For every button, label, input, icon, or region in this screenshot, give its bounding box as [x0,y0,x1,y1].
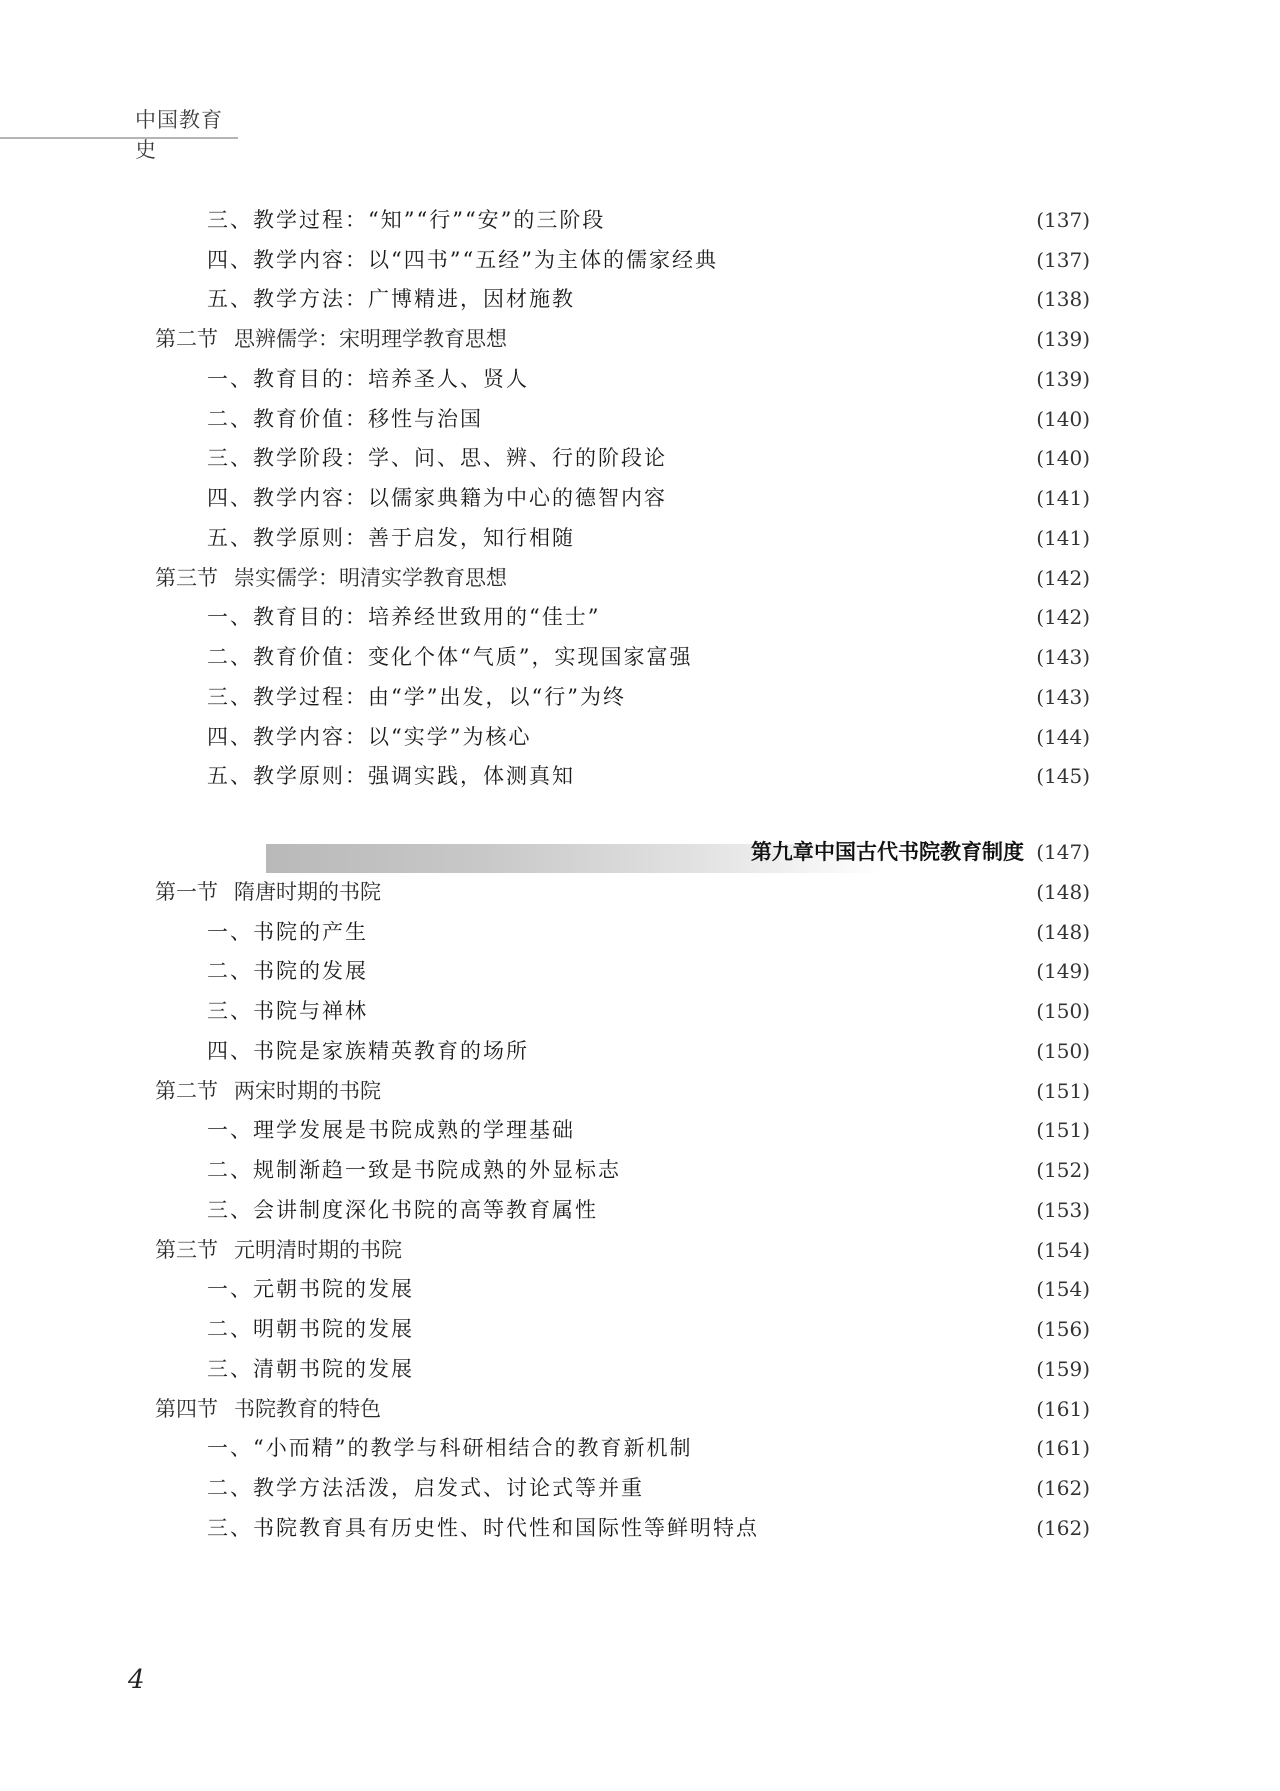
dot-leader [761,1514,1026,1542]
item-number: 五、 [207,762,253,790]
section-title: 思辨儒学：宋明理学教育思想 [234,325,507,353]
item-number: 二、 [207,643,253,671]
item-number: 三、 [207,1196,253,1224]
toc-item[interactable]: 五、教学方法：广博精进，因材施教(138) [0,280,1280,320]
page-ref: (150) [1032,997,1090,1025]
page-ref: (154) [1032,1236,1090,1264]
page-ref: (154) [1032,1275,1090,1303]
page-ref: (148) [1032,918,1090,946]
dot-leader [669,444,1026,472]
item-number: 四、 [207,246,253,274]
toc-section[interactable]: 第二节思辨儒学：宋明理学教育思想(139) [0,319,1280,359]
item-number: 三、 [207,1514,253,1542]
item-number: 三、 [207,444,253,472]
page-ref: (143) [1032,683,1090,711]
page-ref: (141) [1032,524,1090,552]
item-number: 二、 [207,957,253,985]
item-title: 教学原则：善于启发，知行相随 [253,524,575,552]
page-ref: (149) [1032,957,1090,985]
item-title: 教学原则：强调实践，体测真知 [253,762,575,790]
toc-section[interactable]: 第三节元明清时期的书院(154) [0,1230,1280,1270]
dot-leader [600,1196,1026,1224]
section-number: 第二节 [155,1077,230,1105]
running-header: 中国教育史 [0,100,238,139]
page-ref: (141) [1032,484,1090,512]
page-ref: (161) [1032,1434,1090,1462]
item-number: 五、 [207,285,253,313]
toc-item[interactable]: 三、教学阶段：学、问、思、辨、行的阶段论(140) [0,439,1280,479]
item-number: 三、 [207,1355,253,1383]
page-ref: (142) [1032,564,1090,592]
page-ref: (161) [1032,1395,1090,1423]
dot-leader [416,1355,1026,1383]
dot-leader [646,1474,1026,1502]
page-ref: (142) [1032,603,1090,631]
item-number: 三、 [207,206,253,234]
item-number: 四、 [207,484,253,512]
toc-item[interactable]: 四、书院是家族精英教育的场所(150) [0,1031,1280,1071]
item-title: 教育价值：变化个体“气质”，实现国家富强 [253,643,692,671]
dot-leader [694,643,1026,671]
toc-item[interactable]: 三、书院教育具有历史性、时代性和国际性等鲜明特点(162) [0,1508,1280,1548]
section-number: 第四节 [155,1395,230,1423]
item-title: “小而精”的教学与科研相结合的教育新机制 [253,1434,692,1462]
dot-leader [370,957,1026,985]
toc-item[interactable]: 三、会讲制度深化书院的高等教育属性(153) [0,1190,1280,1230]
toc-item[interactable]: 四、教学内容：以“四书”“五经”为主体的儒家经典 (137) [0,240,1280,280]
chapter-gap [0,796,1280,832]
item-number: 二、 [207,1156,253,1184]
page-ref: (137) [1032,206,1090,234]
item-number: 四、 [207,723,253,751]
item-number: 二、 [207,1474,253,1502]
item-number: 一、 [207,365,253,393]
section-number: 第一节 [155,878,230,906]
dot-leader [383,878,1026,906]
item-title: 教学方法活泼，启发式、讨论式等并重 [253,1474,644,1502]
dot-leader [509,325,1026,353]
dot-leader [485,405,1026,433]
item-title: 教育目的：培养经世致用的“佳士” [253,603,600,631]
page-ref: (145) [1032,762,1090,790]
section-title: 元明清时期的书院 [234,1236,402,1264]
dot-leader [577,762,1026,790]
item-title: 元朝书院的发展 [253,1275,414,1303]
page-ref: (140) [1032,405,1090,433]
chapter-page-ref: (147) [1032,838,1090,866]
item-number: 五、 [207,524,253,552]
page-ref: (159) [1032,1355,1090,1383]
page-ref: (140) [1032,444,1090,472]
toc-item[interactable]: 一、“小而精”的教学与科研相结合的教育新机制 (161) [0,1429,1280,1469]
page-ref: (150) [1032,1037,1090,1065]
item-title: 教学内容：以“实学”为核心 [253,723,531,751]
item-number: 一、 [207,918,253,946]
section-title: 两宋时期的书院 [234,1077,381,1105]
toc-section[interactable]: 第三节崇实儒学：明清实学教育思想(142) [0,558,1280,598]
running-header-title: 中国教育史 [135,104,238,164]
toc-section[interactable]: 第四节书院教育的特色(161) [0,1389,1280,1429]
toc-item[interactable]: 四、教学内容：以“实学”为核心(144) [0,717,1280,757]
page-ref: (156) [1032,1315,1090,1343]
dot-leader [509,564,1026,592]
chapter-title: 中国古代书院教育制度 [814,838,1024,866]
dot-leader [416,1275,1026,1303]
item-number: 一、 [207,1434,253,1462]
dot-leader [669,484,1026,512]
dot-leader [404,1236,1026,1264]
page-ref: (138) [1032,285,1090,313]
item-title: 教育目的：培养圣人、贤人 [253,365,529,393]
item-title: 教学过程：“知”“行”“安”的三阶段 [253,206,605,234]
section-number: 第三节 [155,564,230,592]
dot-leader [383,1077,1026,1105]
dot-leader [720,246,1026,274]
dot-leader [531,365,1026,393]
chapter-number: 第九章 [751,838,814,866]
toc-item[interactable]: 三、书院与禅林(150) [0,991,1280,1031]
toc-item[interactable]: 二、教育价值：移性与治国(140) [0,399,1280,439]
dot-leader [531,1037,1026,1065]
toc-item[interactable]: 一、教育目的：培养经世致用的“佳士”(142) [0,598,1280,638]
toc-item[interactable]: 四、教学内容：以儒家典籍为中心的德智内容(141) [0,478,1280,518]
toc-item[interactable]: 一、书院的产生(148) [0,912,1280,952]
item-number: 二、 [207,1315,253,1343]
page-ref: (153) [1032,1196,1090,1224]
toc-item[interactable]: 二、明朝书院的发展(156) [0,1309,1280,1349]
dot-leader [602,603,1026,631]
toc-block-chapter-9: 第一节隋唐时期的书院(148)一、书院的产生(148)二、书院的发展(149)三… [0,872,1280,1548]
toc-item[interactable]: 二、规制渐趋一致是书院成熟的外显标志(152) [0,1150,1280,1190]
page-ref: (139) [1032,325,1090,353]
dot-leader [383,1395,1026,1423]
toc-item[interactable]: 二、教学方法活泼，启发式、讨论式等并重(162) [0,1468,1280,1508]
item-title: 会讲制度深化书院的高等教育属性 [253,1196,598,1224]
folio-page-number: 4 [128,1665,145,1695]
toc-item[interactable]: 三、教学过程：由“学”出发，以“行”为终(143) [0,677,1280,717]
dot-leader [533,723,1026,751]
toc-block-chapter-8-continued: 三、教学过程：“知”“行”“安”的三阶段 (137)四、教学内容：以“四书”“五… [0,200,1280,796]
dot-leader [370,918,1026,946]
toc-item[interactable]: 二、书院的发展(149) [0,952,1280,992]
toc-item[interactable]: 五、教学原则：善于启发，知行相随(141) [0,518,1280,558]
page-ref: (152) [1032,1156,1090,1184]
item-title: 教学阶段：学、问、思、辨、行的阶段论 [253,444,667,472]
toc-item[interactable]: 二、教育价值：变化个体“气质”，实现国家富强 (143) [0,637,1280,677]
dot-leader [577,285,1026,313]
item-number: 三、 [207,997,253,1025]
page-ref: (162) [1032,1514,1090,1542]
section-number: 第二节 [155,325,230,353]
dot-leader [577,524,1026,552]
section-title: 崇实儒学：明清实学教育思想 [234,564,507,592]
dot-leader [623,1156,1026,1184]
item-title: 书院的产生 [253,918,368,946]
item-number: 三、 [207,683,253,711]
item-title: 理学发展是书院成熟的学理基础 [253,1116,575,1144]
item-title: 书院的发展 [253,957,368,985]
page-ref: (144) [1032,723,1090,751]
item-title: 教学方法：广博精进，因材施教 [253,285,575,313]
item-number: 二、 [207,405,253,433]
toc-item[interactable]: 五、教学原则：强调实践，体测真知(145) [0,757,1280,797]
dot-leader [694,1434,1026,1462]
toc-item[interactable]: 三、清朝书院的发展(159) [0,1349,1280,1389]
page-ref: (148) [1032,878,1090,906]
toc-item[interactable]: 一、教育目的：培养圣人、贤人(139) [0,359,1280,399]
page-ref: (151) [1032,1077,1090,1105]
item-title: 教学内容：以儒家典籍为中心的德智内容 [253,484,667,512]
item-title: 清朝书院的发展 [253,1355,414,1383]
page-ref: (139) [1032,365,1090,393]
toc-item[interactable]: 一、元朝书院的发展(154) [0,1270,1280,1310]
item-title: 教学过程：由“学”出发，以“行”为终 [253,683,626,711]
section-title: 书院教育的特色 [234,1395,381,1423]
item-number: 一、 [207,1275,253,1303]
item-title: 教育价值：移性与治国 [253,405,483,433]
section-number: 第三节 [155,1236,230,1264]
item-number: 一、 [207,603,253,631]
item-title: 书院教育具有历史性、时代性和国际性等鲜明特点 [253,1514,759,1542]
dot-leader [577,1116,1026,1144]
item-title: 书院与禅林 [253,997,368,1025]
section-title: 隋唐时期的书院 [234,878,381,906]
item-number: 四、 [207,1037,253,1065]
item-title: 明朝书院的发展 [253,1315,414,1343]
toc-item[interactable]: 一、理学发展是书院成熟的学理基础(151) [0,1111,1280,1151]
page-ref: (162) [1032,1474,1090,1502]
item-title: 规制渐趋一致是书院成熟的外显标志 [253,1156,621,1184]
dot-leader [370,997,1026,1025]
dot-leader [416,1315,1026,1343]
toc-item[interactable]: 三、教学过程：“知”“行”“安”的三阶段 (137) [0,200,1280,240]
toc-chapter-9[interactable]: 第九章 中国古代书院教育制度 (147) [0,832,1280,872]
table-of-contents: 三、教学过程：“知”“行”“安”的三阶段 (137)四、教学内容：以“四书”“五… [0,200,1280,1548]
toc-section[interactable]: 第二节两宋时期的书院(151) [0,1071,1280,1111]
dot-leader [607,206,1026,234]
item-number: 一、 [207,1116,253,1144]
page-ref: (151) [1032,1116,1090,1144]
page-ref: (137) [1032,246,1090,274]
item-title: 教学内容：以“四书”“五经”为主体的儒家经典 [253,246,718,274]
toc-section[interactable]: 第一节隋唐时期的书院(148) [0,872,1280,912]
page-ref: (143) [1032,643,1090,671]
item-title: 书院是家族精英教育的场所 [253,1037,529,1065]
dot-leader [628,683,1026,711]
